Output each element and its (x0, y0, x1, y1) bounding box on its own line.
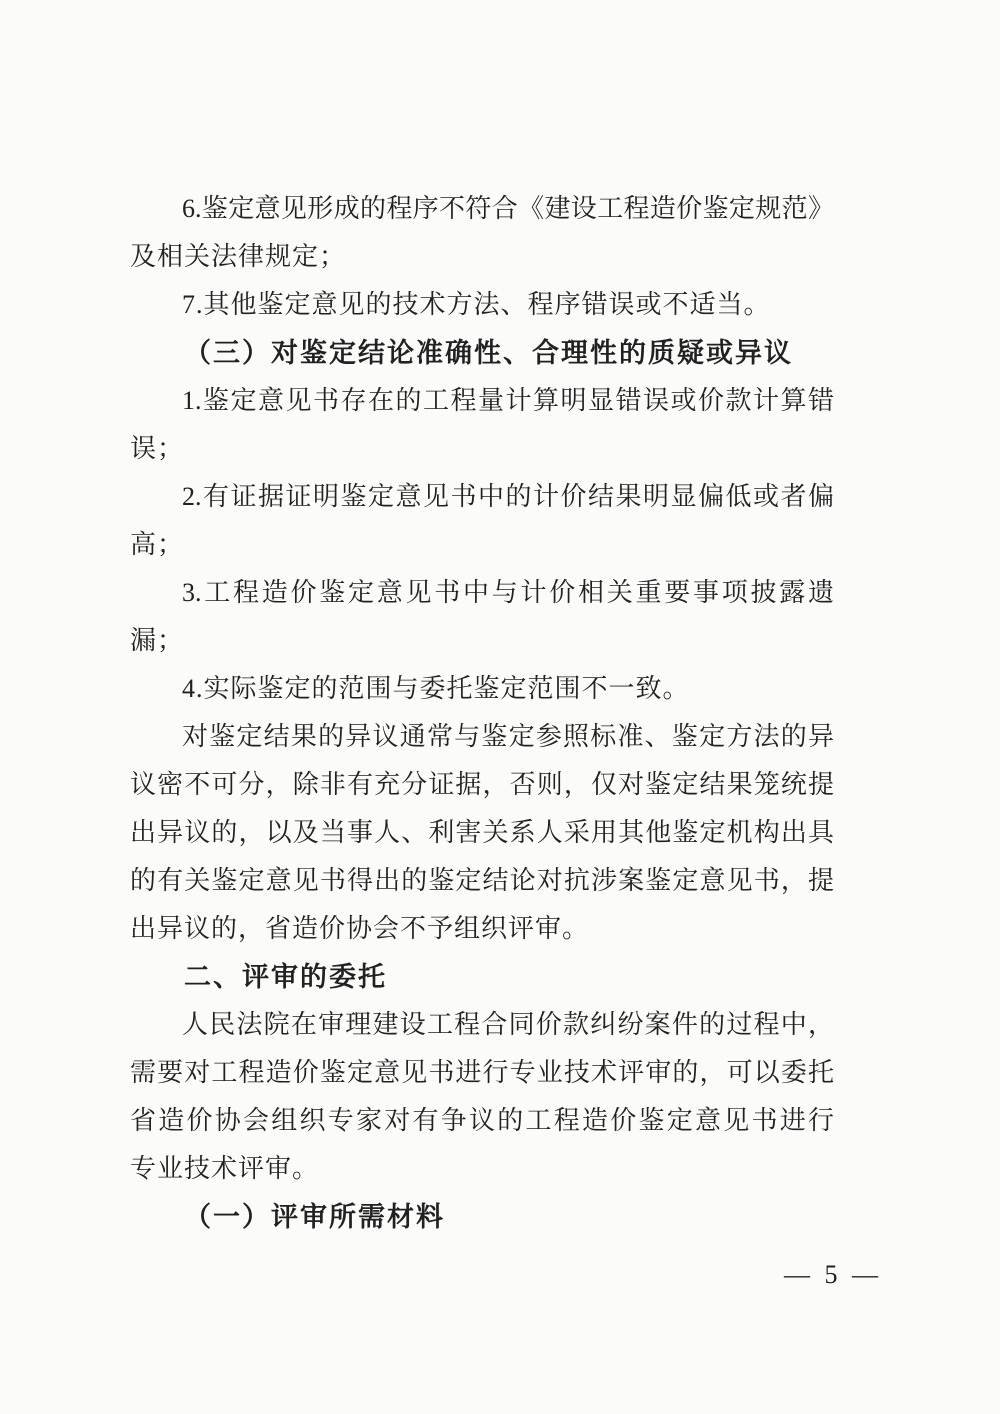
text-line-18: 人民法院在审理建设工程合同价款纠纷案件的过程中， (130, 1001, 834, 1049)
text-line-21: 专业技术评审。 (130, 1145, 834, 1193)
text-line-3: 7.其他鉴定意见的技术方法、程序错误或不适当。 (130, 281, 834, 329)
text-line-12: 对鉴定结果的异议通常与鉴定参照标准、鉴定方法的异 (130, 713, 834, 761)
text-line-10: 漏； (130, 617, 834, 665)
text-line-19: 需要对工程造价鉴定意见书进行专业技术评审的，可以委托 (130, 1049, 834, 1097)
text-line-7: 2.有证据证明鉴定意见书中的计价结果明显偏低或者偏 (130, 473, 834, 521)
text-line-2: 及相关法律规定； (130, 233, 834, 281)
document-page: 6.鉴定意见形成的程序不符合《建设工程造价鉴定规范》及相关法律规定；7.其他鉴定… (0, 0, 1000, 1414)
text-line-20: 省造价协会组织专家对有争议的工程造价鉴定意见书进行 (130, 1097, 834, 1145)
text-line-1: 6.鉴定意见形成的程序不符合《建设工程造价鉴定规范》 (130, 185, 834, 233)
text-line-13: 议密不可分，除非有充分证据，否则，仅对鉴定结果笼统提 (130, 761, 834, 809)
text-line-4: （三）对鉴定结论准确性、合理性的质疑或异议 (130, 329, 834, 377)
text-line-15: 的有关鉴定意见书得出的鉴定结论对抗涉案鉴定意见书，提 (130, 857, 834, 905)
page-number: — 5 — (784, 1260, 882, 1290)
text-line-9: 3.工程造价鉴定意见书中与计价相关重要事项披露遗 (130, 569, 834, 617)
text-line-14: 出异议的，以及当事人、利害关系人采用其他鉴定机构出具 (130, 809, 834, 857)
text-line-16: 出异议的，省造价协会不予组织评审。 (130, 905, 834, 953)
text-line-22: （一）评审所需材料 (130, 1193, 834, 1241)
text-line-5: 1.鉴定意见书存在的工程量计算明显错误或价款计算错 (130, 377, 834, 425)
text-line-17: 二、评审的委托 (130, 953, 834, 1001)
document-body: 6.鉴定意见形成的程序不符合《建设工程造价鉴定规范》及相关法律规定；7.其他鉴定… (130, 185, 834, 1241)
text-line-6: 误； (130, 425, 834, 473)
text-line-8: 高； (130, 521, 834, 569)
text-line-11: 4.实际鉴定的范围与委托鉴定范围不一致。 (130, 665, 834, 713)
